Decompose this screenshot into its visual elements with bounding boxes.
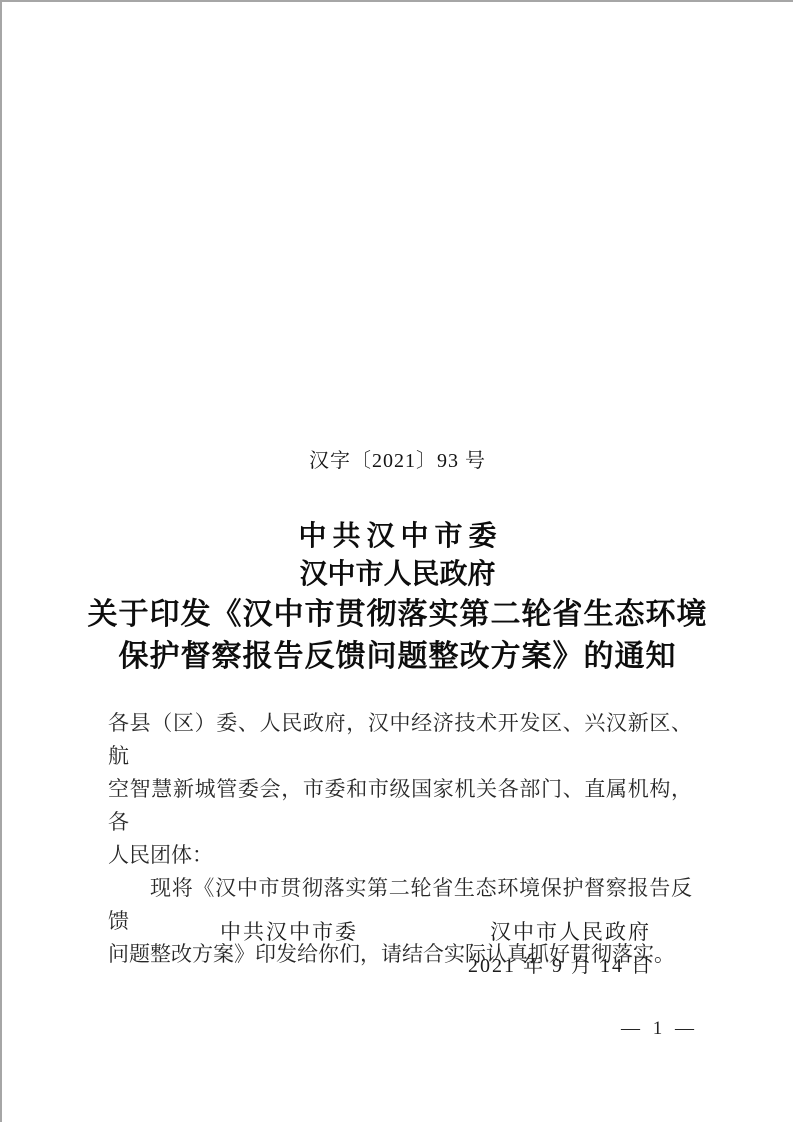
- title-subject-line-1: 关于印发《汉中市贯彻落实第二轮省生态环境: [2, 594, 793, 636]
- signature-people-government: 汉中市人民政府: [490, 918, 651, 946]
- salutation-line: 空智慧新城管委会，市委和市级国家机关各部门、直属机构，各: [108, 773, 692, 839]
- signature-party-committee: 中共汉中市委: [220, 918, 358, 946]
- title-subject-line-2: 保护督察报告反馈问题整改方案》的通知: [2, 636, 793, 678]
- document-page: 汉字〔2021〕93 号 中共汉中市委 汉中市人民政府 关于印发《汉中市贯彻落实…: [0, 0, 793, 1122]
- signature-date: 2021 年 9 月 14 日: [468, 952, 653, 980]
- document-title: 中共汉中市委 汉中市人民政府 关于印发《汉中市贯彻落实第二轮省生态环境 保护督察…: [2, 518, 793, 678]
- salutation-line: 各县（区）委、人民政府，汉中经济技术开发区、兴汉新区、航: [108, 707, 692, 773]
- signature-row: 中共汉中市委 汉中市人民政府: [220, 918, 651, 946]
- title-issuer-government: 汉中市人民政府: [2, 556, 793, 594]
- page-number: — 1 —: [621, 1016, 698, 1042]
- title-issuer-party: 中共汉中市委: [2, 518, 793, 556]
- doc-reference-number: 汉字〔2021〕93 号: [2, 447, 793, 475]
- salutation-line: 人民团体：: [108, 839, 692, 872]
